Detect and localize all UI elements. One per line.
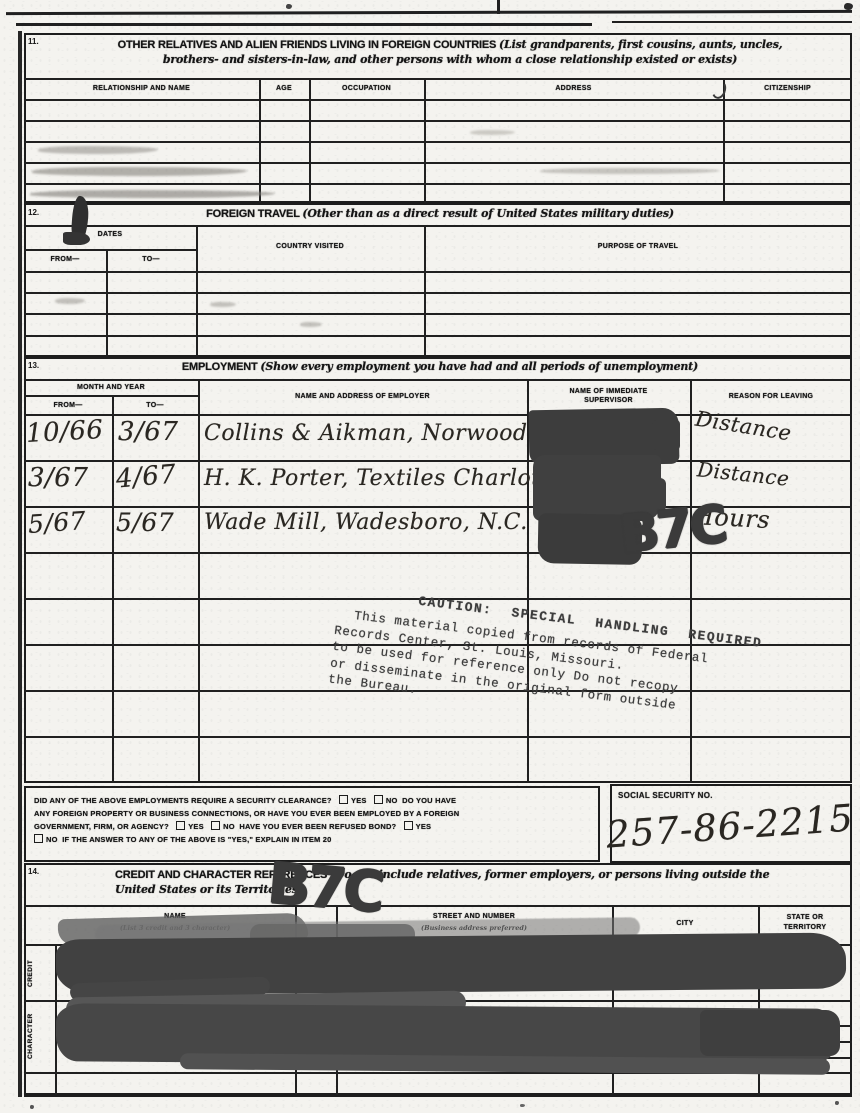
grid-line (424, 225, 426, 357)
col-reason-for-leaving: REASON FOR LEAVING (690, 393, 852, 401)
title-parenthetical: (List grandparents, first cousins, aunts… (499, 38, 782, 51)
title-parenthetical: (Other than as a direct result of United… (302, 207, 673, 220)
grid-line (24, 249, 196, 251)
security-q2b-text: GOVERNMENT, FIRM, OR AGENCY? (34, 822, 169, 831)
checkbox-no-label: NO (223, 822, 235, 831)
section-credit-title: CREDIT AND CHARACTER REFERENCES (Do not … (115, 868, 852, 881)
row-label-credit: CREDIT (27, 948, 53, 998)
grid-line (24, 905, 852, 907)
scan-tick (497, 0, 500, 14)
employment-row-from: 3/67 (28, 463, 88, 493)
security-q2a-text: ANY FOREIGN PROPERTY OR BUSINESS CONNECT… (34, 809, 459, 818)
title-parenthetical: (Do not include relatives, former employ… (330, 868, 769, 881)
security-q1b-text: DO YOU HAVE (402, 796, 456, 805)
grid-line (112, 395, 114, 783)
grid-line (196, 225, 198, 357)
col-from: FROM— (24, 256, 106, 264)
col-address: ADDRESS (424, 85, 723, 93)
grid-line (24, 313, 852, 315)
scan-speck (286, 4, 292, 9)
scan-line (16, 23, 592, 26)
checkbox-yes-label: YES (416, 822, 432, 831)
security-question-line1: DID ANY OF THE ABOVE EMPLOYMENTS REQUIRE… (34, 794, 456, 807)
col-purpose-of-travel: PURPOSE OF TRAVEL (424, 243, 852, 251)
section-number: 13. (28, 361, 39, 370)
grid-line (24, 335, 852, 337)
grid-line (24, 183, 852, 185)
scan-line (6, 10, 852, 15)
grid-line (24, 141, 852, 143)
security-question-line4: NO IF THE ANSWER TO ANY OF THE ABOVE IS … (34, 833, 332, 846)
title-caps: FOREIGN TRAVEL (206, 208, 299, 220)
scan-edge-bar (18, 31, 22, 1097)
checkbox-yes[interactable] (176, 821, 185, 830)
scan-line (612, 21, 852, 23)
security-question-line2: ANY FOREIGN PROPERTY OR BUSINESS CONNECT… (34, 807, 459, 820)
col-to: TO— (112, 402, 198, 410)
col-from: FROM— (24, 402, 112, 410)
grid-line (24, 162, 852, 164)
security-question-line3: GOVERNMENT, FIRM, OR AGENCY? YES NO HAVE… (34, 820, 431, 833)
redaction-supervisor (652, 420, 680, 450)
section-number: 14. (28, 867, 39, 876)
grid-line (259, 78, 261, 203)
scan-speck (835, 1101, 839, 1105)
section-number: 12. (28, 208, 39, 217)
security-q4-text: IF THE ANSWER TO ANY OF THE ABOVE IS "YE… (62, 835, 331, 844)
scan-speck (520, 1104, 525, 1107)
security-q3-text: HAVE YOU EVER BEEN REFUSED BOND? (239, 822, 396, 831)
col-country-visited: COUNTRY VISITED (196, 243, 424, 251)
employment-row-to: 5/67 (116, 508, 174, 537)
grid-line (309, 78, 311, 203)
checkbox-no-label: NO (46, 835, 58, 844)
section-number: 11. (28, 37, 39, 46)
checkbox-yes[interactable] (404, 821, 413, 830)
grid-line (24, 395, 198, 397)
grid-line (24, 292, 852, 294)
col-citizenship: CITIZENSHIP (723, 85, 852, 93)
col-dates: DATES (24, 231, 196, 239)
checkbox-yes-label: YES (351, 796, 367, 805)
redaction-code-b7c: B7C (265, 851, 384, 926)
employment-row-from: 10/66 (25, 415, 104, 449)
col-supervisor: NAME OF IMMEDIATE (527, 388, 690, 396)
grid-line (24, 120, 852, 122)
checkbox-yes[interactable] (339, 795, 348, 804)
checkbox-yes-label: YES (188, 822, 204, 831)
employment-row-employer: Wade Mill, Wadesboro, N.C. (204, 510, 528, 535)
grid-line (24, 379, 852, 381)
grid-line (198, 379, 200, 783)
grid-line (24, 225, 852, 227)
ink-blob (63, 232, 90, 245)
section-credit-title-line2: United States or its Territories) (115, 883, 852, 896)
section-foreign-travel-title: FOREIGN TRAVEL (Other than as a direct r… (100, 207, 780, 220)
employment-row-to: 3/67 (118, 417, 178, 447)
title-parenthetical: (Show every employment you have had and … (260, 360, 698, 373)
security-q1-text: DID ANY OF THE ABOVE EMPLOYMENTS REQUIRE… (34, 796, 332, 805)
col-state-territory: STATE OR (758, 914, 852, 922)
section-relatives-title: OTHER RELATIVES AND ALIEN FRIENDS LIVING… (60, 38, 840, 51)
col-to: TO— (106, 256, 196, 264)
ssn-label: SOCIAL SECURITY NO. (618, 791, 713, 800)
row-label-character: CHARACTER (27, 1003, 53, 1070)
employment-row-to: 4/67 (115, 459, 178, 494)
grid-line (424, 78, 426, 203)
grid-line (106, 249, 108, 357)
checkbox-no[interactable] (374, 795, 383, 804)
title-parenthetical: brothers- and sisters-in-law, and other … (163, 53, 737, 66)
title-caps: EMPLOYMENT (182, 361, 258, 373)
col-relationship-name: RELATIONSHIP AND NAME (24, 85, 259, 93)
checkbox-no[interactable] (211, 821, 220, 830)
grid-line (24, 271, 852, 273)
col-employer: NAME AND ADDRESS OF EMPLOYER (198, 393, 527, 401)
grid-line (24, 99, 852, 101)
section-employment-title: EMPLOYMENT (Show every employment you ha… (100, 360, 780, 373)
scan-speck (30, 1105, 34, 1109)
grid-line (723, 78, 725, 203)
title-caps: OTHER RELATIVES AND ALIEN FRIENDS LIVING… (118, 39, 497, 51)
col-supervisor-line2: SUPERVISOR (527, 397, 690, 405)
checkbox-no-label: NO (386, 796, 398, 805)
col-month-and-year: MONTH AND YEAR (24, 384, 198, 392)
checkbox-no[interactable] (34, 834, 43, 843)
employment-row-from: 5/67 (27, 506, 87, 539)
section-relatives-title-line2: brothers- and sisters-in-law, and other … (60, 53, 840, 66)
employment-row-employer: Collins & Aikman, Norwood NC (204, 421, 572, 446)
redaction-character-row (700, 1010, 840, 1056)
col-age: AGE (259, 85, 309, 93)
col-state-territory-line2: TERRITORY (758, 924, 852, 932)
col-occupation: OCCUPATION (309, 85, 424, 93)
grid-line (24, 78, 852, 80)
scanned-form-page: 11. OTHER RELATIVES AND ALIEN FRIENDS LI… (0, 0, 860, 1113)
redaction-code-b7c: B7C (617, 495, 728, 566)
